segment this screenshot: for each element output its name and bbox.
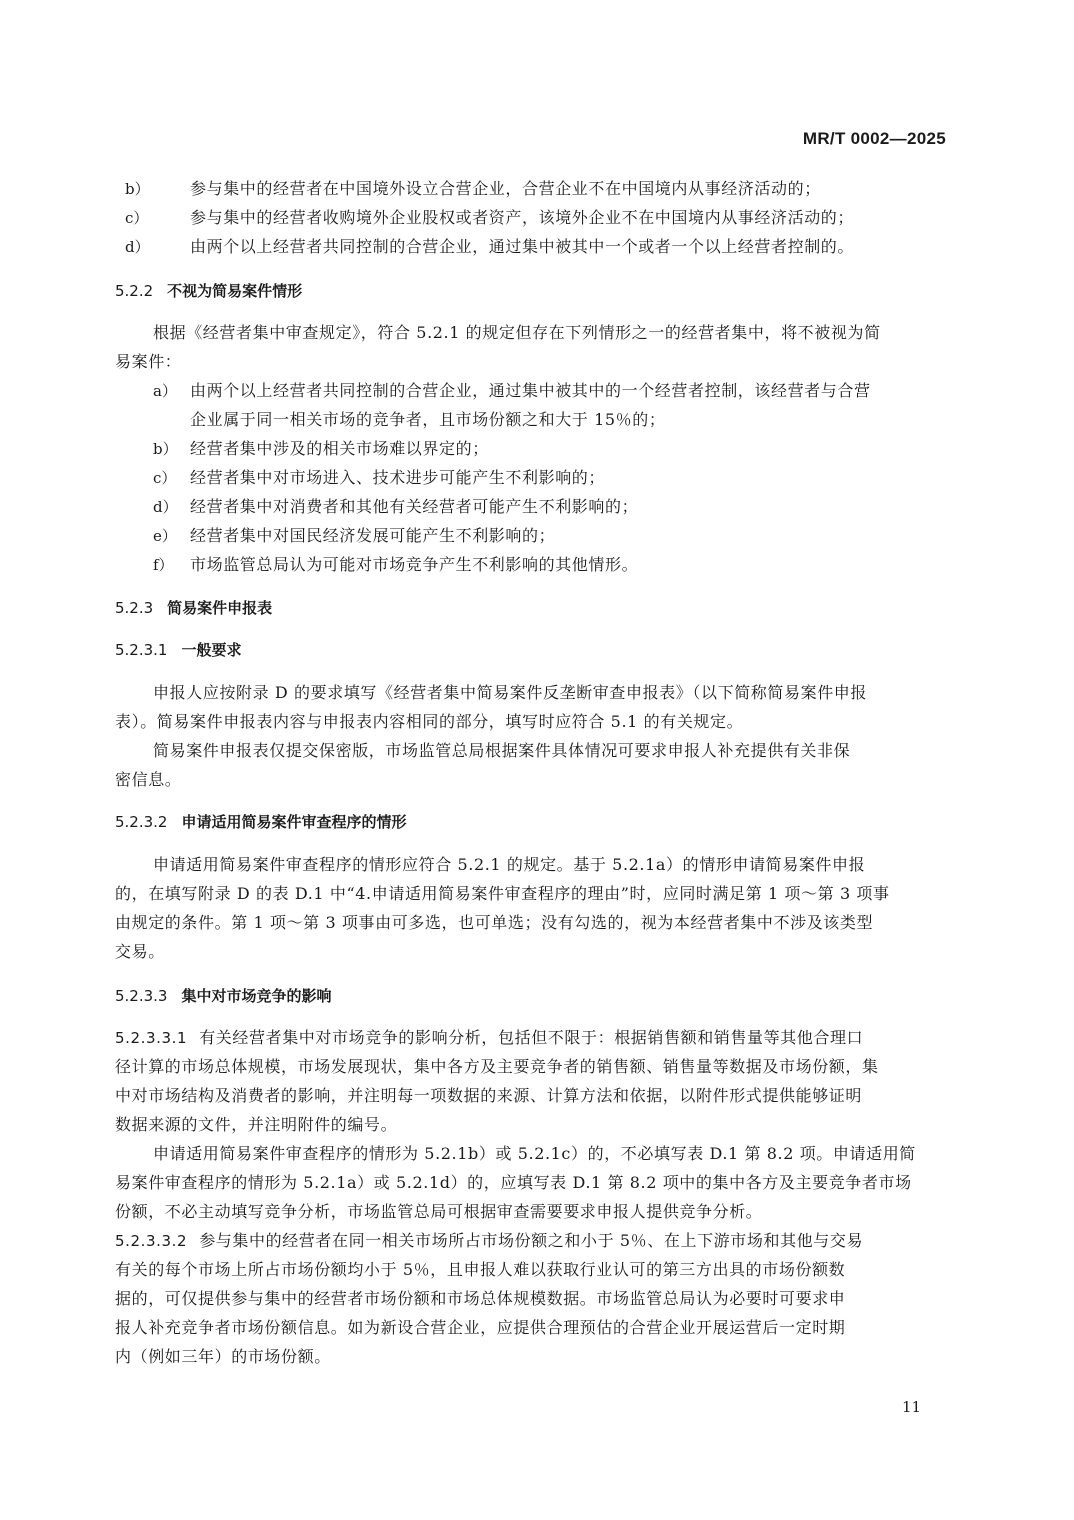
list-marker: c） [153,468,176,488]
section-number: 5.2.3.2 [115,812,167,832]
section-heading-5-2-3-2: 5.2.3.2申请适用简易案件审查程序的情形 [115,812,407,832]
paragraph-number: 5.2.3.3.1 [115,1029,187,1047]
paragraph-number: 5.2.3.3.2 [115,1232,187,1250]
section-title: 不视为简易案件情形 [167,282,302,300]
paragraph-line: 申请适用简易案件审查程序的情形应符合 5.2.1 的规定。基于 5.2.1a）的… [153,855,865,875]
section-heading-5-2-3-3: 5.2.3.3集中对市场竞争的影响 [115,986,332,1006]
list-marker: e） [153,526,177,546]
paragraph-line: 内（例如三年）的市场份额。 [115,1347,331,1367]
paragraph-line: 由规定的条件。第 1 项～第 3 项事由可多选，也可单选；没有勾选的，视为本经营… [115,913,873,933]
section-number: 5.2.3 [115,598,153,618]
paragraph-text: 有关经营者集中对市场竞争的影响分析，包括但不限于：根据销售额和销售量等其他合理口 [199,1028,863,1047]
section-heading-5-2-3-1: 5.2.3.1一般要求 [115,640,242,660]
section-heading-5-2-3: 5.2.3简易案件申报表 [115,598,272,618]
list-item: 市场监管总局认为可能对市场竞争产生不利影响的其他情形。 [190,555,638,575]
paragraph-line: 易案件： [115,352,181,372]
list-marker: f） [153,555,174,575]
list-marker: d） [153,497,178,517]
paragraph-line: 表）。简易案件申报表内容与申报表内容相同的部分，填写时应符合 5.1 的有关规定… [115,712,743,732]
list-marker: d） [125,237,150,257]
paragraph-line: 密信息。 [115,770,181,790]
paragraph-line: 有关的每个市场上所占市场份额均小于 5％，且申报人难以获取行业认可的第三方出具的… [115,1260,845,1280]
paragraph-line: 申报人应按附录 D 的要求填写《经营者集中简易案件反垄断审查申报表》（以下简称简… [153,683,867,703]
paragraph-text: 参与集中的经营者在同一相关市场所占市场份额之和小于 5％、在上下游市场和其他与交… [199,1231,863,1250]
section-title: 简易案件申报表 [167,599,272,617]
paragraph-line: 5.2.3.3.1有关经营者集中对市场竞争的影响分析，包括但不限于：根据销售额和… [115,1028,863,1048]
list-marker: b） [125,179,150,199]
paragraph-line: 申请适用简易案件审查程序的情形为 5.2.1b）或 5.2.1c）的，不必填写表… [153,1144,916,1164]
list-item: 由两个以上经营者共同控制的合营企业，通过集中被其中一个或者一个以上经营者控制的。 [190,237,854,257]
paragraph-line: 份额，不必主动填写竞争分析，市场监管总局可根据审查需要要求申报人提供竞争分析。 [115,1202,762,1222]
list-item: 企业属于同一相关市场的竞争者，且市场份额之和大于 15％的； [190,410,665,430]
list-marker: b） [153,439,178,459]
section-number: 5.2.3.3 [115,986,167,1006]
list-item: 经营者集中对消费者和其他有关经营者可能产生不利影响的； [190,497,638,517]
paragraph-line: 中对市场结构及消费者的影响，并注明每一项数据的来源、计算方法和依据，以附件形式提… [115,1086,862,1106]
list-marker: a） [153,381,177,401]
list-item: 参与集中的经营者收购境外企业股权或者资产，该境外企业不在中国境内从事经济活动的； [190,208,854,228]
list-item: 经营者集中对市场进入、技术进步可能产生不利影响的； [190,468,605,488]
list-item: 由两个以上经营者共同控制的合营企业，通过集中被其中的一个经营者控制，该经营者与合… [190,381,871,401]
paragraph-line: 报人补充竞争者市场份额信息。如为新设合营企业，应提供合理预估的合营企业开展运营后… [115,1318,845,1338]
standard-code: MR/T 0002—2025 [803,129,946,149]
paragraph-line: 据的，可仅提供参与集中的经营者市场份额和市场总体规模数据。市场监管总局认为必要时… [115,1289,845,1309]
paragraph-line: 的，在填写附录 D 的表 D.1 中“4.申请适用简易案件审查程序的理由”时，应… [115,884,890,904]
paragraph-line: 简易案件申报表仅提交保密版，市场监管总局根据案件具体情况可要求申报人补充提供有关… [153,741,850,761]
section-title: 申请适用简易案件审查程序的情形 [181,813,406,831]
paragraph-line: 根据《经营者集中审查规定》，符合 5.2.1 的规定但存在下列情形之一的经营者集… [153,323,881,343]
paragraph-line: 易案件审查程序的情形为 5.2.1a）或 5.2.1d）的，应填写表 D.1 第… [115,1173,912,1193]
list-item: 经营者集中对国民经济发展可能产生不利影响的； [190,526,555,546]
list-item: 参与集中的经营者在中国境外设立合营企业，合营企业不在中国境内从事经济活动的； [190,179,821,199]
section-heading-5-2-2: 5.2.2不视为简易案件情形 [115,281,302,301]
paragraph-line: 数据来源的文件，并注明附件的编号。 [115,1115,397,1135]
list-marker: c） [125,208,148,228]
paragraph-line: 5.2.3.3.2参与集中的经营者在同一相关市场所占市场份额之和小于 5％、在上… [115,1231,863,1251]
list-item: 经营者集中涉及的相关市场难以界定的； [190,439,489,459]
section-number: 5.2.3.1 [115,640,167,660]
paragraph-line: 径计算的市场总体规模，市场发展现状，集中各方及主要竞争者的销售额、销售量等数据及… [115,1057,879,1077]
section-number: 5.2.2 [115,281,153,301]
section-title: 一般要求 [181,641,241,659]
section-title: 集中对市场竞争的影响 [181,987,331,1005]
page-number: 11 [902,1398,921,1416]
paragraph-line: 交易。 [115,942,165,962]
